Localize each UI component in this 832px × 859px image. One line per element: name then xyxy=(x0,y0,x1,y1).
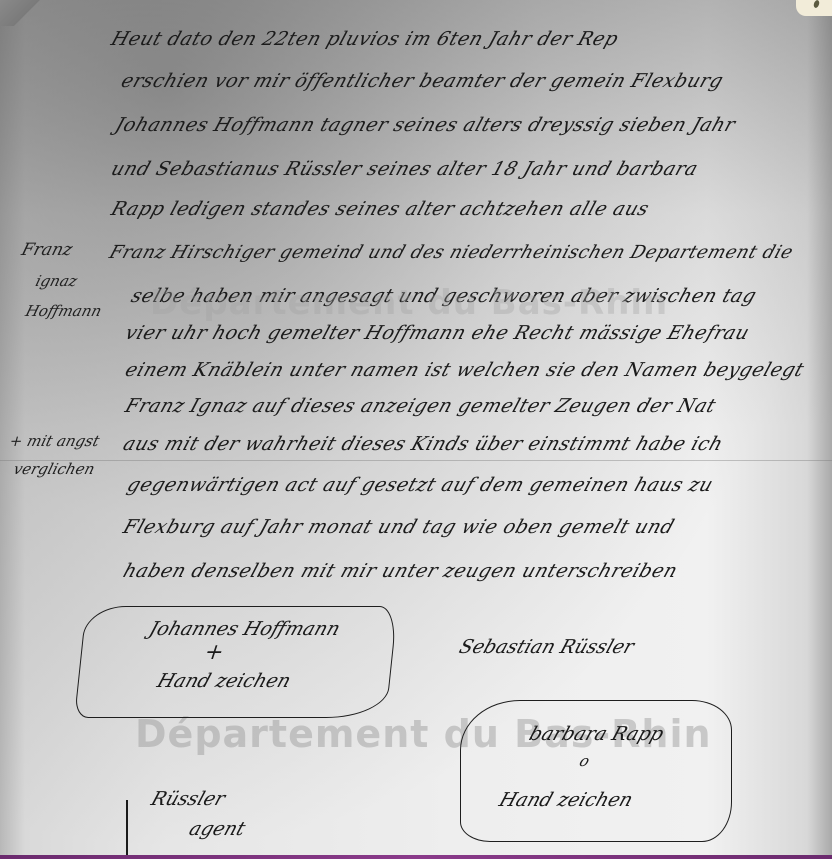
scanned-document-page: Heut dato den 22ten pluvios im 6ten Jahr… xyxy=(0,0,832,855)
handwritten-line-1: Heut dato den 22ten pluvios im 6ten Jahr… xyxy=(108,28,621,50)
ruled-line xyxy=(0,460,832,461)
vertical-stroke xyxy=(126,800,128,855)
margin-note-verified: verglichen xyxy=(12,460,97,478)
handwritten-line-6: Franz Hirschiger gemeind und des niederr… xyxy=(107,242,796,263)
corner-tab-icon xyxy=(796,0,832,16)
signature-sebastian-russler: Sebastian Rüssler xyxy=(456,636,636,658)
signature-hand-mark-1: Hand zeichen xyxy=(154,670,293,692)
signature-johannes-hoffmann: Johannes Hoffmann xyxy=(146,618,343,640)
signature-agent-title: agent xyxy=(186,818,248,840)
handwritten-line-4: und Sebastianus Rüssler seines alter 18 … xyxy=(108,158,701,180)
handwritten-line-3: Johannes Hoffmann tagner seines alters d… xyxy=(112,114,738,136)
handwritten-line-12: gegenwärtigen act auf gesetzt auf dem ge… xyxy=(124,474,716,496)
handwritten-line-2: erschien vor mir öffentlicher beamter de… xyxy=(118,70,726,92)
signature-barbara-rapp: barbara Rapp xyxy=(526,723,666,745)
handwritten-line-10: Franz Ignaz auf dieses anzeigen gemelter… xyxy=(122,395,719,417)
folded-corner xyxy=(0,0,40,26)
margin-note-hoffmann: Hoffmann xyxy=(24,302,104,320)
handwritten-line-14: haben denselben mit mir unter zeugen unt… xyxy=(120,560,680,582)
handwritten-line-11: aus mit der wahrheit dieses Kinds über e… xyxy=(120,433,726,455)
viewer-bottom-bar xyxy=(0,855,832,859)
margin-note-addition: + mit angst xyxy=(8,432,102,450)
handwritten-line-8: vier uhr hoch gemelter Hoffmann ehe Rech… xyxy=(122,322,752,344)
handwritten-line-13: Flexburg auf Jahr monat und tag wie oben… xyxy=(120,516,677,538)
signature-russler-agent-name: Rüssler xyxy=(148,788,228,810)
handwritten-line-9: einem Knäblein unter namen ist welchen s… xyxy=(122,359,807,381)
signature-flourish-box-2 xyxy=(460,700,732,842)
margin-note-franz: Franz xyxy=(19,240,74,260)
signature-hand-mark-2: Hand zeichen xyxy=(496,789,635,811)
handwritten-line-5: Rapp ledigen standes seines alter achtze… xyxy=(108,198,652,220)
watermark-top: Département du Bas-Rhin xyxy=(150,283,668,323)
margin-note-ignaz: ignaz xyxy=(34,272,80,290)
